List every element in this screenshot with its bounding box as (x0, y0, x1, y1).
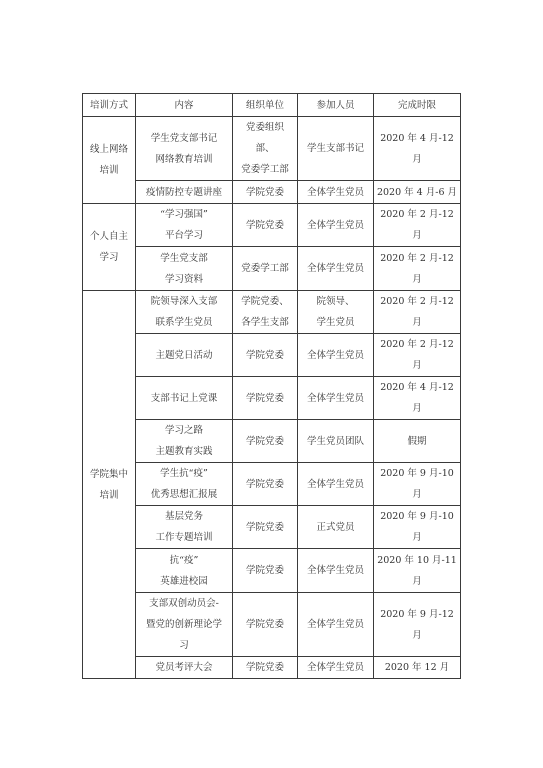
header-participants: 参加人员 (298, 94, 374, 117)
content-cell: 学生党支部 学习资料 (136, 247, 233, 291)
organizer-cell: 学院党委 (233, 463, 298, 506)
content-cell: 学生抗“疫” 优秀思想汇报展 (136, 463, 233, 506)
organizer-cell: 学院党委 (233, 181, 298, 204)
content-cell: 党员考评大会 (136, 657, 233, 679)
content-cell: 院领导深入支部 联系学生党员 (136, 291, 233, 334)
deadline-cell: 假期 (374, 420, 461, 463)
participants-cell: 全体学生党员 (298, 247, 374, 291)
deadline-cell: 2020 年 4 月-12 月 (374, 377, 461, 420)
deadline-cell: 2020 年 2 月-12 月 (374, 247, 461, 291)
table-row: 支部双创动员会- 暨党的创新理论学 习 学院党委 全体学生党员 2020 年 9… (83, 593, 461, 657)
participants-cell: 学生党员团队 (298, 420, 374, 463)
organizer-cell: 学院党委 (233, 549, 298, 593)
organizer-cell: 学院党委 (233, 420, 298, 463)
deadline-cell: 2020 年 4 月-6 月 (374, 181, 461, 204)
table-row: 支部书记上党课 学院党委 全体学生党员 2020 年 4 月-12 月 (83, 377, 461, 420)
participants-cell: 学生支部书记 (298, 117, 374, 181)
deadline-cell: 2020 年 2 月-12 月 (374, 334, 461, 377)
method-cell: 线上网络 培训 (83, 117, 136, 204)
method-cell: 学院集中 培训 (83, 291, 136, 679)
table-row: 主题党日活动 学院党委 全体学生党员 2020 年 2 月-12 月 (83, 334, 461, 377)
table-row: 学生党支部 学习资料 党委学工部 全体学生党员 2020 年 2 月-12 月 (83, 247, 461, 291)
organizer-cell: 党委学工部 (233, 247, 298, 291)
participants-cell: 全体学生党员 (298, 657, 374, 679)
participants-cell: 全体学生党员 (298, 181, 374, 204)
deadline-cell: 2020 年 4 月-12 月 (374, 117, 461, 181)
participants-cell: 全体学生党员 (298, 334, 374, 377)
table-row: 个人自主 学习 “学习强国” 平台学习 学院党委 全体学生党员 2020 年 2… (83, 204, 461, 247)
content-cell: “学习强国” 平台学习 (136, 204, 233, 247)
content-cell: 支部书记上党课 (136, 377, 233, 420)
deadline-cell: 2020 年 9 月-12 月 (374, 593, 461, 657)
content-cell: 基层党务 工作专题培训 (136, 506, 233, 549)
content-cell: 学习之路 主题教育实践 (136, 420, 233, 463)
participants-cell: 院领导、 学生党员 (298, 291, 374, 334)
content-cell: 疫情防控专题讲座 (136, 181, 233, 204)
participants-cell: 全体学生党员 (298, 463, 374, 506)
participants-cell: 正式党员 (298, 506, 374, 549)
organizer-cell: 学院党委、 各学生支部 (233, 291, 298, 334)
deadline-cell: 2020 年 2 月-12 月 (374, 291, 461, 334)
header-method: 培训方式 (83, 94, 136, 117)
content-cell: 主题党日活动 (136, 334, 233, 377)
deadline-cell: 2020 年 12 月 (374, 657, 461, 679)
deadline-cell: 2020 年 9 月-10 月 (374, 463, 461, 506)
content-cell: 抗“疫” 英雄进校园 (136, 549, 233, 593)
organizer-cell: 学院党委 (233, 334, 298, 377)
table-row: 抗“疫” 英雄进校园 学院党委 全体学生党员 2020 年 10 月-11 月 (83, 549, 461, 593)
organizer-cell: 学院党委 (233, 506, 298, 549)
table-row: 学生抗“疫” 优秀思想汇报展 学院党委 全体学生党员 2020 年 9 月-10… (83, 463, 461, 506)
table-row: 疫情防控专题讲座 学院党委 全体学生党员 2020 年 4 月-6 月 (83, 181, 461, 204)
training-plan-table: 培训方式 内容 组织单位 参加人员 完成时限 线上网络 培训 学生党支部书记 网… (82, 93, 461, 679)
table-row: 基层党务 工作专题培训 学院党委 正式党员 2020 年 9 月-10 月 (83, 506, 461, 549)
deadline-cell: 2020 年 9 月-10 月 (374, 506, 461, 549)
table-row: 党员考评大会 学院党委 全体学生党员 2020 年 12 月 (83, 657, 461, 679)
organizer-cell: 学院党委 (233, 593, 298, 657)
organizer-cell: 学院党委 (233, 204, 298, 247)
deadline-cell: 2020 年 2 月-12 月 (374, 204, 461, 247)
deadline-cell: 2020 年 10 月-11 月 (374, 549, 461, 593)
table-row: 学习之路 主题教育实践 学院党委 学生党员团队 假期 (83, 420, 461, 463)
participants-cell: 全体学生党员 (298, 377, 374, 420)
organizer-cell: 学院党委 (233, 377, 298, 420)
organizer-cell: 学院党委 (233, 657, 298, 679)
participants-cell: 全体学生党员 (298, 549, 374, 593)
header-deadline: 完成时限 (374, 94, 461, 117)
content-cell: 学生党支部书记 网络教育培训 (136, 117, 233, 181)
header-content: 内容 (136, 94, 233, 117)
method-cell: 个人自主 学习 (83, 204, 136, 291)
header-organizer: 组织单位 (233, 94, 298, 117)
header-row: 培训方式 内容 组织单位 参加人员 完成时限 (83, 94, 461, 117)
organizer-cell: 党委组织 部、 党委学工部 (233, 117, 298, 181)
table-row: 学院集中 培训 院领导深入支部 联系学生党员 学院党委、 各学生支部 院领导、 … (83, 291, 461, 334)
participants-cell: 全体学生党员 (298, 204, 374, 247)
content-cell: 支部双创动员会- 暨党的创新理论学 习 (136, 593, 233, 657)
participants-cell: 全体学生党员 (298, 593, 374, 657)
table-row: 线上网络 培训 学生党支部书记 网络教育培训 党委组织 部、 党委学工部 学生支… (83, 117, 461, 181)
